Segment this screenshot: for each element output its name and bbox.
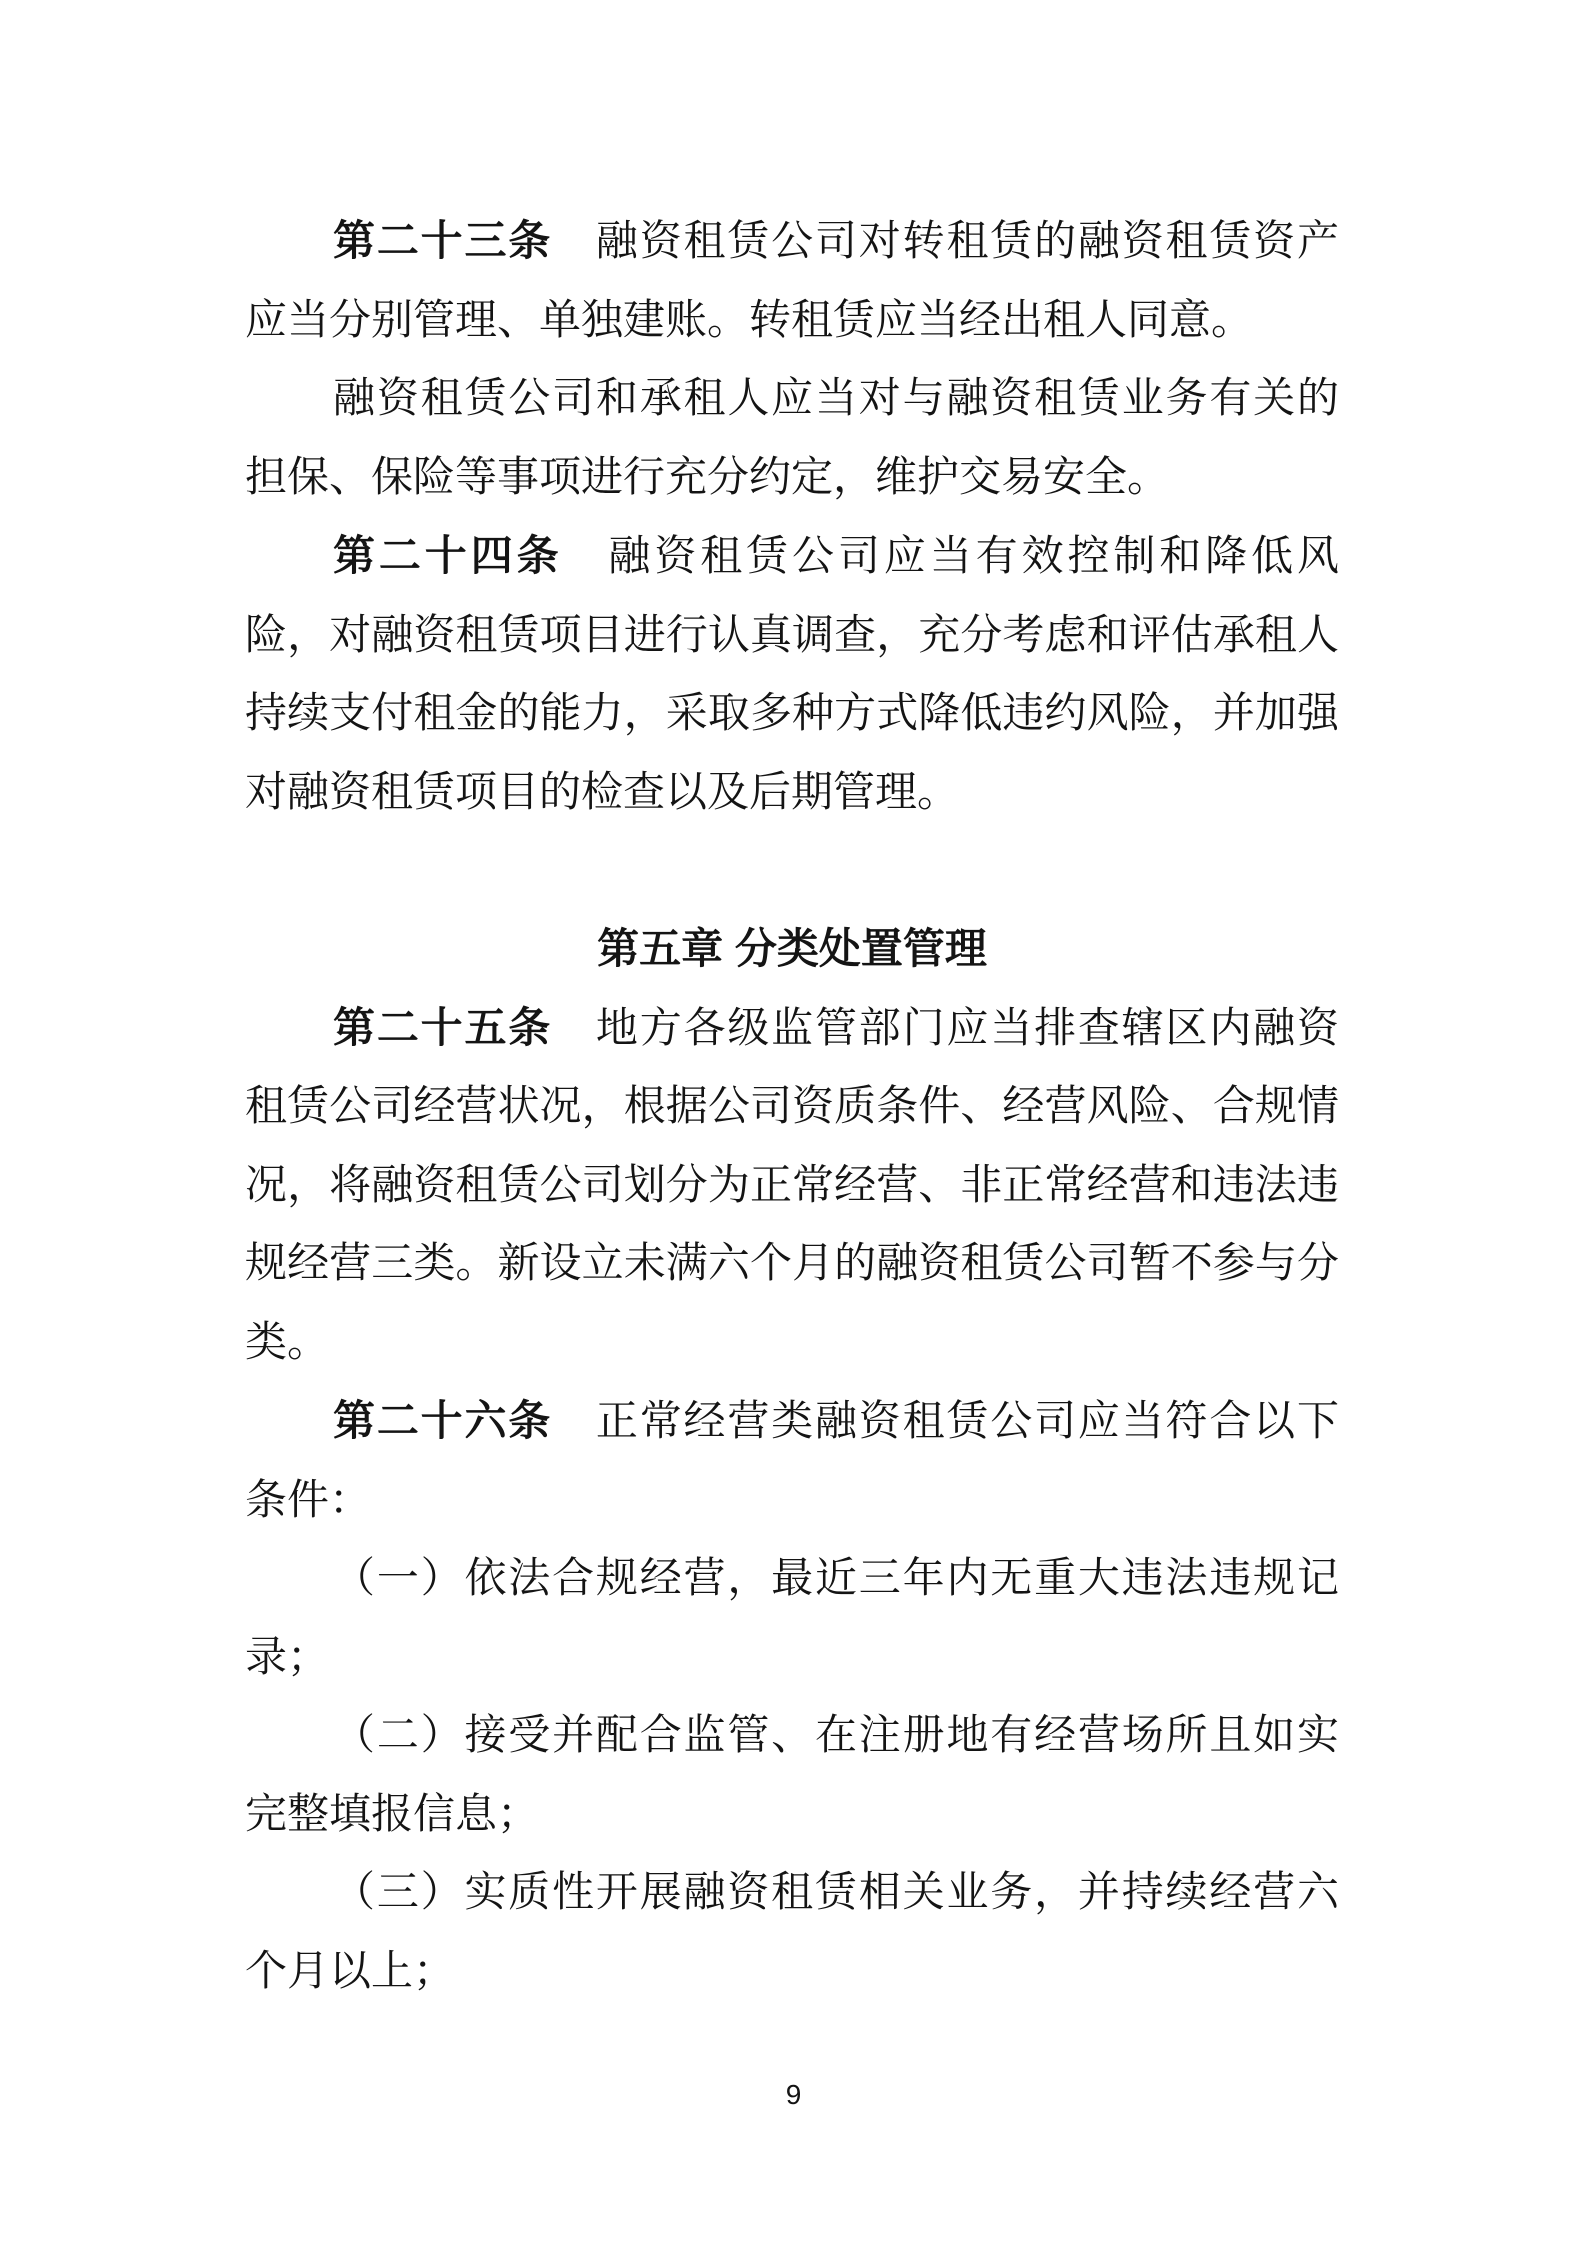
list-item-1-text: （一）依法合规经营，最近三年内无重大违法违规记录； bbox=[245, 1556, 1339, 1681]
article-25-paragraph: 第二十五条 地方各级监管部门应当排查辖区内融资租赁公司经营状况，根据公司资质条件… bbox=[245, 989, 1339, 1383]
article-23-paragraph-2: 融资租赁公司和承租人应当对与融资租赁业务有关的担保、保险等事项进行充分约定，维护… bbox=[245, 360, 1339, 517]
article-25-text: 地方各级监管部门应当排查辖区内融资租赁公司经营状况，根据公司资质条件、经营风险、… bbox=[245, 1006, 1339, 1366]
document-content: 第二十三条 融资租赁公司对转租赁的融资租赁资产应当分别管理、单独建账。转租赁应当… bbox=[245, 202, 1339, 2011]
list-item-2-text: （二）接受并配合监管、在注册地有经营场所且如实完整填报信息； bbox=[245, 1713, 1339, 1838]
article-24-paragraph: 第二十四条 融资租赁公司应当有效控制和降低风险，对融资租赁项目进行认真调查，充分… bbox=[245, 517, 1339, 832]
list-item-1: （一）依法合规经营，最近三年内无重大违法违规记录； bbox=[245, 1540, 1339, 1697]
article-26-number: 第二十六条 bbox=[333, 1397, 552, 1444]
article-23-paragraph: 第二十三条 融资租赁公司对转租赁的融资租赁资产应当分别管理、单独建账。转租赁应当… bbox=[245, 202, 1339, 360]
article-24-number: 第二十四条 bbox=[333, 532, 563, 579]
list-item-2: （二）接受并配合监管、在注册地有经营场所且如实完整填报信息； bbox=[245, 1697, 1339, 1854]
page-number: 9 bbox=[0, 2080, 1587, 2110]
list-item-3: （三）实质性开展融资租赁相关业务，并持续经营六个月以上； bbox=[245, 1854, 1339, 2011]
list-item-3-text: （三）实质性开展融资租赁相关业务，并持续经营六个月以上； bbox=[245, 1870, 1339, 1995]
article-23-text-2: 融资租赁公司和承租人应当对与融资租赁业务有关的担保、保险等事项进行充分约定，维护… bbox=[245, 376, 1339, 501]
chapter-heading: 第五章 分类处置管理 bbox=[245, 910, 1339, 989]
article-26-paragraph: 第二十六条 正常经营类融资租赁公司应当符合以下条件： bbox=[245, 1382, 1339, 1540]
document-page: 第二十三条 融资租赁公司对转租赁的融资租赁资产应当分别管理、单独建账。转租赁应当… bbox=[0, 0, 1587, 2245]
article-25-number: 第二十五条 bbox=[333, 1004, 552, 1051]
article-23-number: 第二十三条 bbox=[333, 217, 552, 264]
